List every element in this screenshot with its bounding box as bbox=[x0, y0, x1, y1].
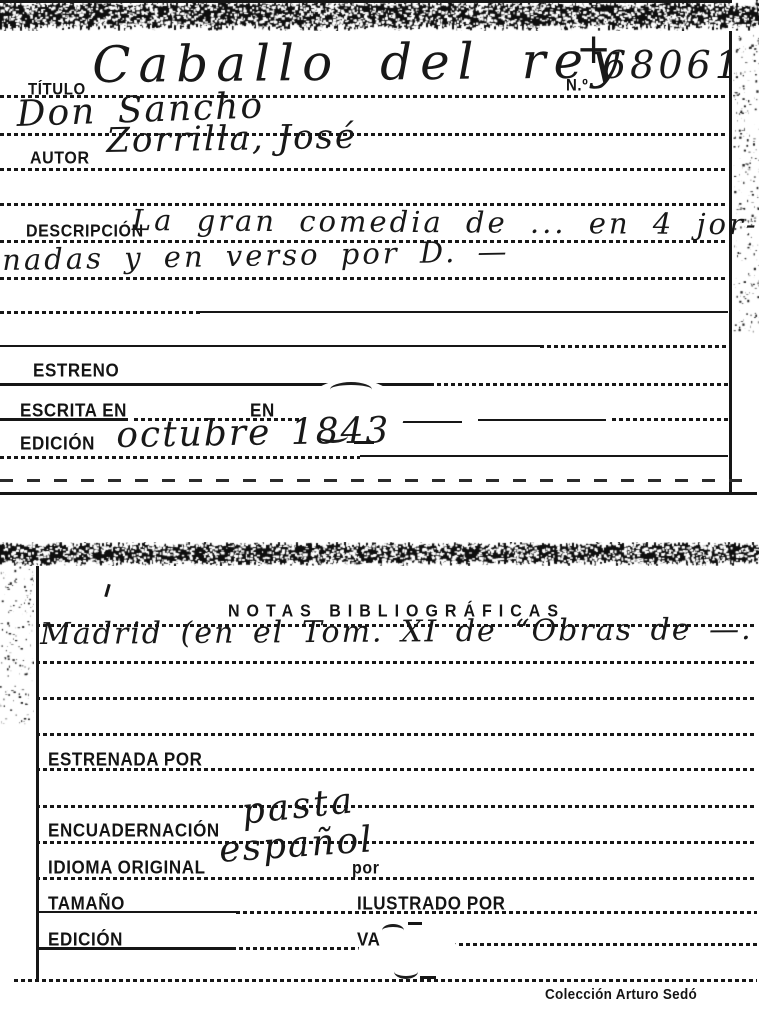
notas-value: Madrid (en el Tom. XI de “Obras de —. ” bbox=[40, 615, 759, 650]
valor-partial-label: VA bbox=[357, 929, 381, 951]
titulo-value-line1: Caballo del rey bbox=[92, 35, 628, 90]
smudge-stroke bbox=[408, 922, 422, 925]
scan-noise-band-bottom bbox=[0, 542, 759, 566]
ruled-line bbox=[36, 768, 757, 771]
ruled-line bbox=[0, 456, 360, 459]
numero-label: N.º bbox=[566, 76, 588, 95]
ruled-line bbox=[478, 419, 606, 421]
ruled-line bbox=[0, 168, 728, 171]
estreno-label: ESTRENO bbox=[33, 360, 119, 382]
ruled-line bbox=[430, 383, 728, 386]
smudge-stroke bbox=[382, 924, 404, 937]
ruled-line bbox=[0, 345, 540, 347]
edicion-value: octubre 1843 bbox=[116, 413, 391, 454]
card-right-border bbox=[729, 31, 732, 493]
ruled-line bbox=[236, 911, 757, 914]
card-bottom-dashed-edge bbox=[0, 479, 745, 482]
ruled-line bbox=[540, 345, 728, 348]
ruled-line bbox=[36, 805, 757, 808]
ruled-line bbox=[200, 311, 728, 313]
descripcion-value-line2: nadas y en verso por D. — bbox=[2, 237, 510, 275]
ruled-line bbox=[36, 697, 757, 700]
ruled-line bbox=[0, 277, 728, 280]
collection-footer: Colección Arturo Sedó bbox=[545, 986, 697, 1003]
por-label: por bbox=[352, 859, 380, 879]
autor-value: Zorrilla, José bbox=[106, 120, 357, 158]
card-bottom-dotted-edge bbox=[14, 979, 757, 982]
card-left-border bbox=[36, 566, 39, 982]
idioma-original-label: IDIOMA ORIGINAL bbox=[48, 857, 206, 879]
smudge-stroke bbox=[394, 964, 418, 979]
scanned-catalog-card-page: TÍTULO Caballo del rey N.º + 68061 Don S… bbox=[0, 0, 759, 1028]
stray-pen-mark bbox=[104, 584, 110, 597]
ruled-line bbox=[612, 418, 728, 421]
ruled-line bbox=[232, 947, 362, 950]
ruled-line bbox=[36, 947, 232, 950]
ruled-line bbox=[36, 877, 757, 880]
scan-noise-right-margin bbox=[733, 34, 759, 334]
ruled-line bbox=[36, 661, 757, 664]
ruled-line bbox=[36, 841, 757, 844]
numero-value: 68061 bbox=[602, 46, 743, 84]
smudge-stroke bbox=[330, 382, 372, 397]
scan-noise-band-top bbox=[0, 0, 759, 31]
encuadernacion-label: ENCUADERNACIÓN bbox=[48, 820, 220, 842]
scan-noise-left-margin bbox=[0, 566, 34, 726]
card-top-border bbox=[0, 0, 732, 3]
ruled-line bbox=[0, 311, 200, 314]
ruled-line bbox=[360, 455, 728, 457]
edicion-label: EDICIÓN bbox=[20, 433, 95, 455]
ruled-line bbox=[36, 733, 757, 736]
ruled-line bbox=[0, 418, 128, 421]
descripcion-label: DESCRIPCIÓN bbox=[26, 222, 144, 242]
ruled-line bbox=[452, 943, 757, 946]
autor-label: AUTOR bbox=[30, 149, 90, 169]
card-separator-line bbox=[0, 492, 757, 495]
ruled-line bbox=[36, 911, 236, 913]
